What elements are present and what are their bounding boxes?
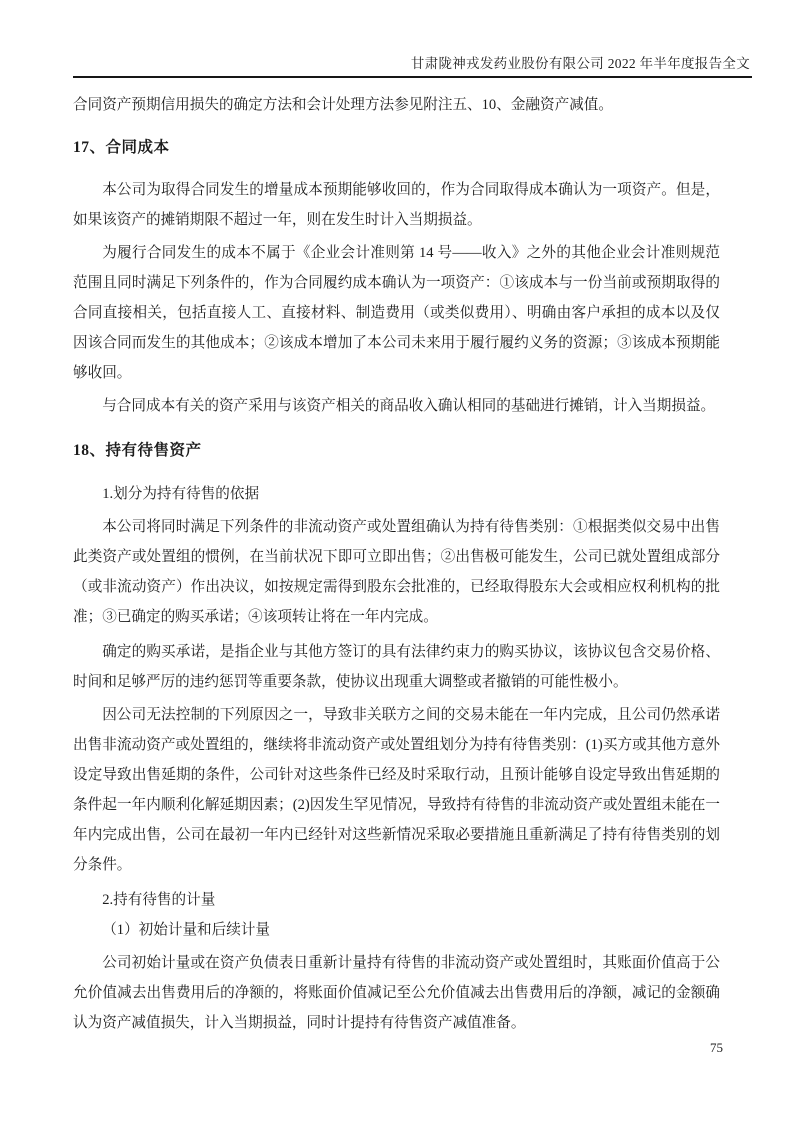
section-18-paragraph-4: 公司初始计量或在资产负债表日重新计量持有待售的非流动资产或处置组时，其账面价值高… xyxy=(73,948,720,1038)
section-18-subitem-1: 1.划分为持有待售的依据 xyxy=(73,479,720,509)
intro-paragraph: 合同资产预期信用损失的确定方法和会计处理方法参见附注五、10、金融资产减值。 xyxy=(73,90,720,120)
section-17-paragraph-1: 本公司为取得合同发生的增量成本预期能够收回的，作为合同取得成本确认为一项资产。但… xyxy=(73,175,720,235)
section-17-paragraph-3: 与合同成本有关的资产采用与该资产相关的商品收入确认相同的基础进行摊销，计入当期损… xyxy=(73,391,720,421)
section-18-paragraph-1: 本公司将同时满足下列条件的非流动资产或处置组确认为持有待售类别：①根据类似交易中… xyxy=(73,512,720,632)
document-body: 合同资产预期信用损失的确定方法和会计处理方法参见附注五、10、金融资产减值。 1… xyxy=(73,76,720,1038)
section-18-subitem-2: 2.持有待售的计量 xyxy=(73,885,720,915)
section-18-paragraph-3: 因公司无法控制的下列原因之一，导致非关联方之间的交易未能在一年内完成，且公司仍然… xyxy=(73,700,720,880)
page-number: 75 xyxy=(710,1040,723,1056)
report-page: 甘肃陇神戎发药业股份有限公司 2022 年半年度报告全文 合同资产预期信用损失的… xyxy=(0,0,793,1122)
section-17-paragraph-2: 为履行合同发生的成本不属于《企业会计准则第 14 号——收入》之外的其他企业会计… xyxy=(73,238,720,388)
section-17-heading: 17、合同成本 xyxy=(73,133,720,163)
section-18-paragraph-2: 确定的购买承诺，是指企业与其他方签订的具有法律约束力的购买协议，该协议包含交易价… xyxy=(73,637,720,697)
header-title: 甘肃陇神戎发药业股份有限公司 2022 年半年度报告全文 xyxy=(73,0,752,78)
page-header: 甘肃陇神戎发药业股份有限公司 2022 年半年度报告全文 xyxy=(73,0,752,78)
section-18-subitem-2-1: （1）初始计量和后续计量 xyxy=(73,915,720,945)
section-18-heading: 18、持有待售资产 xyxy=(73,436,720,466)
